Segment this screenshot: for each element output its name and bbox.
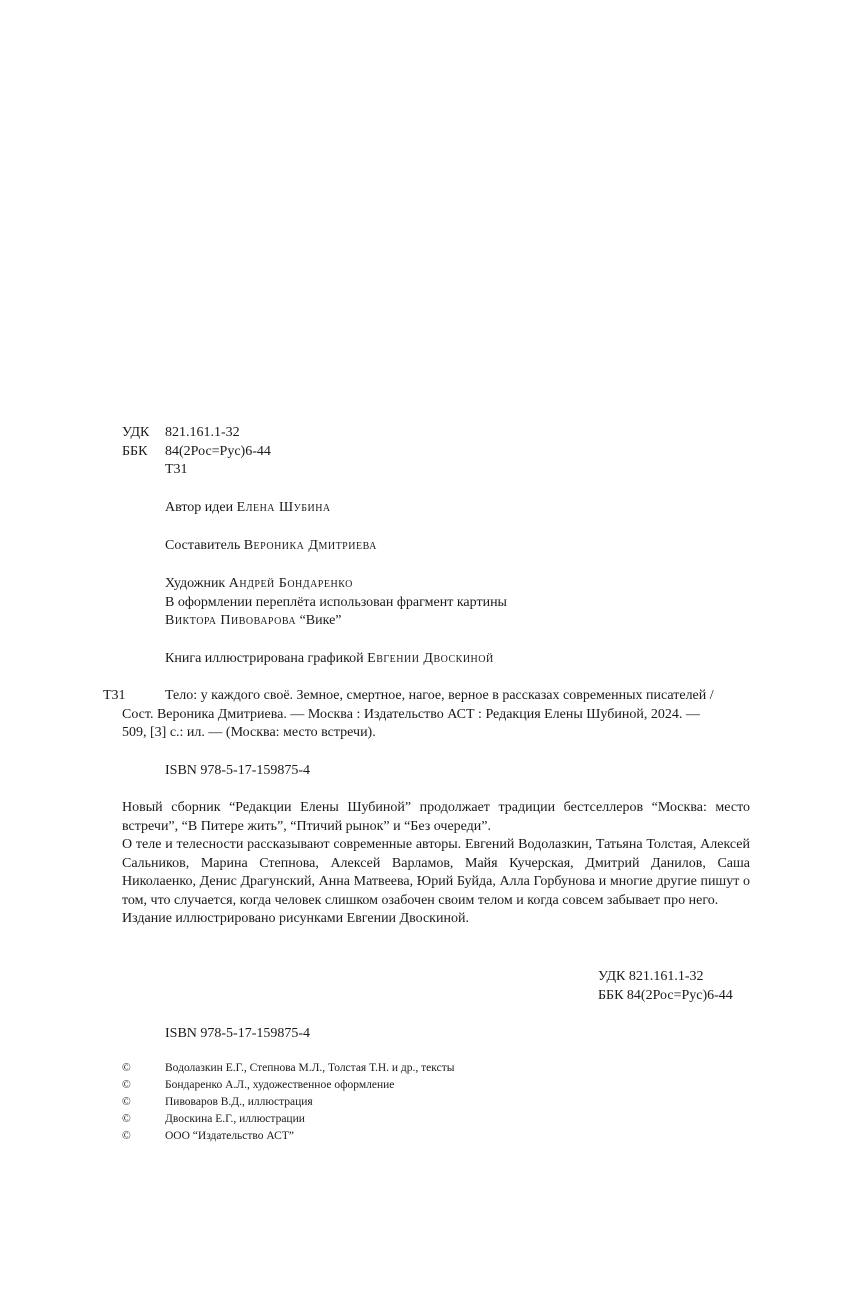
credit-artist-block: Художник Андрей Бондаренко В оформлении … <box>165 575 507 631</box>
credit-illustrations-name: Евгении Двоскиной <box>367 651 494 666</box>
annotation: Новый сборник “Редакции Елены Шубиной” п… <box>122 799 750 929</box>
annotation-paragraph-3: Издание иллюстрировано рисунками Евгении… <box>122 910 750 929</box>
copyright-item: ©Бондаренко А.Л., художественное оформле… <box>122 1077 454 1094</box>
annotation-paragraph-1: Новый сборник “Редакции Елены Шубиной” п… <box>122 799 750 836</box>
credit-compiler: Составитель Вероника Дмитриева <box>165 537 377 556</box>
copyright-list: ©Водолазкин Е.Г., Степнова М.Л., Толстая… <box>122 1060 454 1145</box>
credit-artist-name: Андрей Бондаренко <box>229 576 353 591</box>
copyright-item: ©ООО “Издательство АСТ” <box>122 1128 454 1145</box>
copyright-item: ©Пивоваров В.Д., иллюстрация <box>122 1094 454 1111</box>
copyright-text: Пивоваров В.Д., иллюстрация <box>165 1096 313 1108</box>
udk-label: УДК <box>122 424 165 443</box>
footer-udk: УДК 821.161.1-32 <box>598 968 733 987</box>
record-line-1-text: Тело: у каждого своё. Земное, смертное, … <box>165 688 714 703</box>
copyright-item: ©Водолазкин Е.Г., Степнова М.Л., Толстая… <box>122 1060 454 1077</box>
udk-value: 821.161.1-32 <box>165 425 240 440</box>
credit-illustrations-label: Книга иллюстрирована графикой <box>165 651 364 666</box>
udk-row: УДК821.161.1-32 <box>122 424 271 443</box>
bibliographic-record: Т31Тело: у каждого своё. Земное, смертно… <box>103 687 753 743</box>
cover-painting-author: Виктора Пивоварова <box>165 613 296 628</box>
bbk-value: 84(2Рос=Рус)6-44 <box>165 444 271 459</box>
copyright-text: Водолазкин Е.Г., Степнова М.Л., Толстая … <box>165 1062 454 1074</box>
footer-isbn: ISBN 978-5-17-159875-4 <box>165 1025 310 1044</box>
credit-illustrations: Книга иллюстрирована графикой Евгении Дв… <box>165 650 494 669</box>
classification-block: УДК821.161.1-32 ББК84(2Рос=Рус)6-44 Т31 <box>122 424 271 480</box>
credit-idea-name: Елена Шубина <box>237 500 331 515</box>
credit-artist-label: Художник <box>165 576 225 591</box>
footer-bbk: ББК 84(2Рос=Рус)6-44 <box>598 987 733 1006</box>
copyright-icon: © <box>122 1060 165 1077</box>
record-line-1: Т31Тело: у каждого своё. Земное, смертно… <box>103 687 753 706</box>
copyright-text: Двоскина Е.Г., иллюстрации <box>165 1113 305 1125</box>
record-line-3: 509, [3] с.: ил. — (Москва: место встреч… <box>103 724 753 743</box>
copyright-text: ООО “Издательство АСТ” <box>165 1130 294 1142</box>
author-mark: Т31 <box>165 462 188 477</box>
cover-painting-title: “Вике” <box>300 613 342 628</box>
copyright-icon: © <box>122 1077 165 1094</box>
bbk-label: ББК <box>122 443 165 462</box>
credit-compiler-label: Составитель <box>165 538 240 553</box>
footer-classification: УДК 821.161.1-32 ББК 84(2Рос=Рус)6-44 <box>598 968 733 1005</box>
copyright-item: ©Двоскина Е.Г., иллюстрации <box>122 1111 454 1128</box>
copyright-text: Бондаренко А.Л., художественное оформлен… <box>165 1079 394 1091</box>
bbk-row: ББК84(2Рос=Рус)6-44 <box>122 443 271 462</box>
copyright-icon: © <box>122 1094 165 1111</box>
copyright-icon: © <box>122 1128 165 1145</box>
cover-painting: Виктора Пивоварова “Вике” <box>165 612 507 631</box>
credit-artist: Художник Андрей Бондаренко <box>165 575 507 594</box>
author-mark-row: Т31 <box>122 461 271 480</box>
annotation-paragraph-2: О теле и телесности рассказывают совреме… <box>122 836 750 910</box>
credit-idea-label: Автор идеи <box>165 500 233 515</box>
record-line-2: Сост. Вероника Дмитриева. — Москва : Изд… <box>103 706 753 725</box>
credit-idea: Автор идеи Елена Шубина <box>165 499 331 518</box>
record-mark: Т31 <box>103 687 165 706</box>
copyright-icon: © <box>122 1111 165 1128</box>
credit-compiler-name: Вероника Дмитриева <box>244 538 377 553</box>
cover-note: В оформлении переплёта использован фрагм… <box>165 594 507 613</box>
record-isbn: ISBN 978-5-17-159875-4 <box>165 762 310 781</box>
